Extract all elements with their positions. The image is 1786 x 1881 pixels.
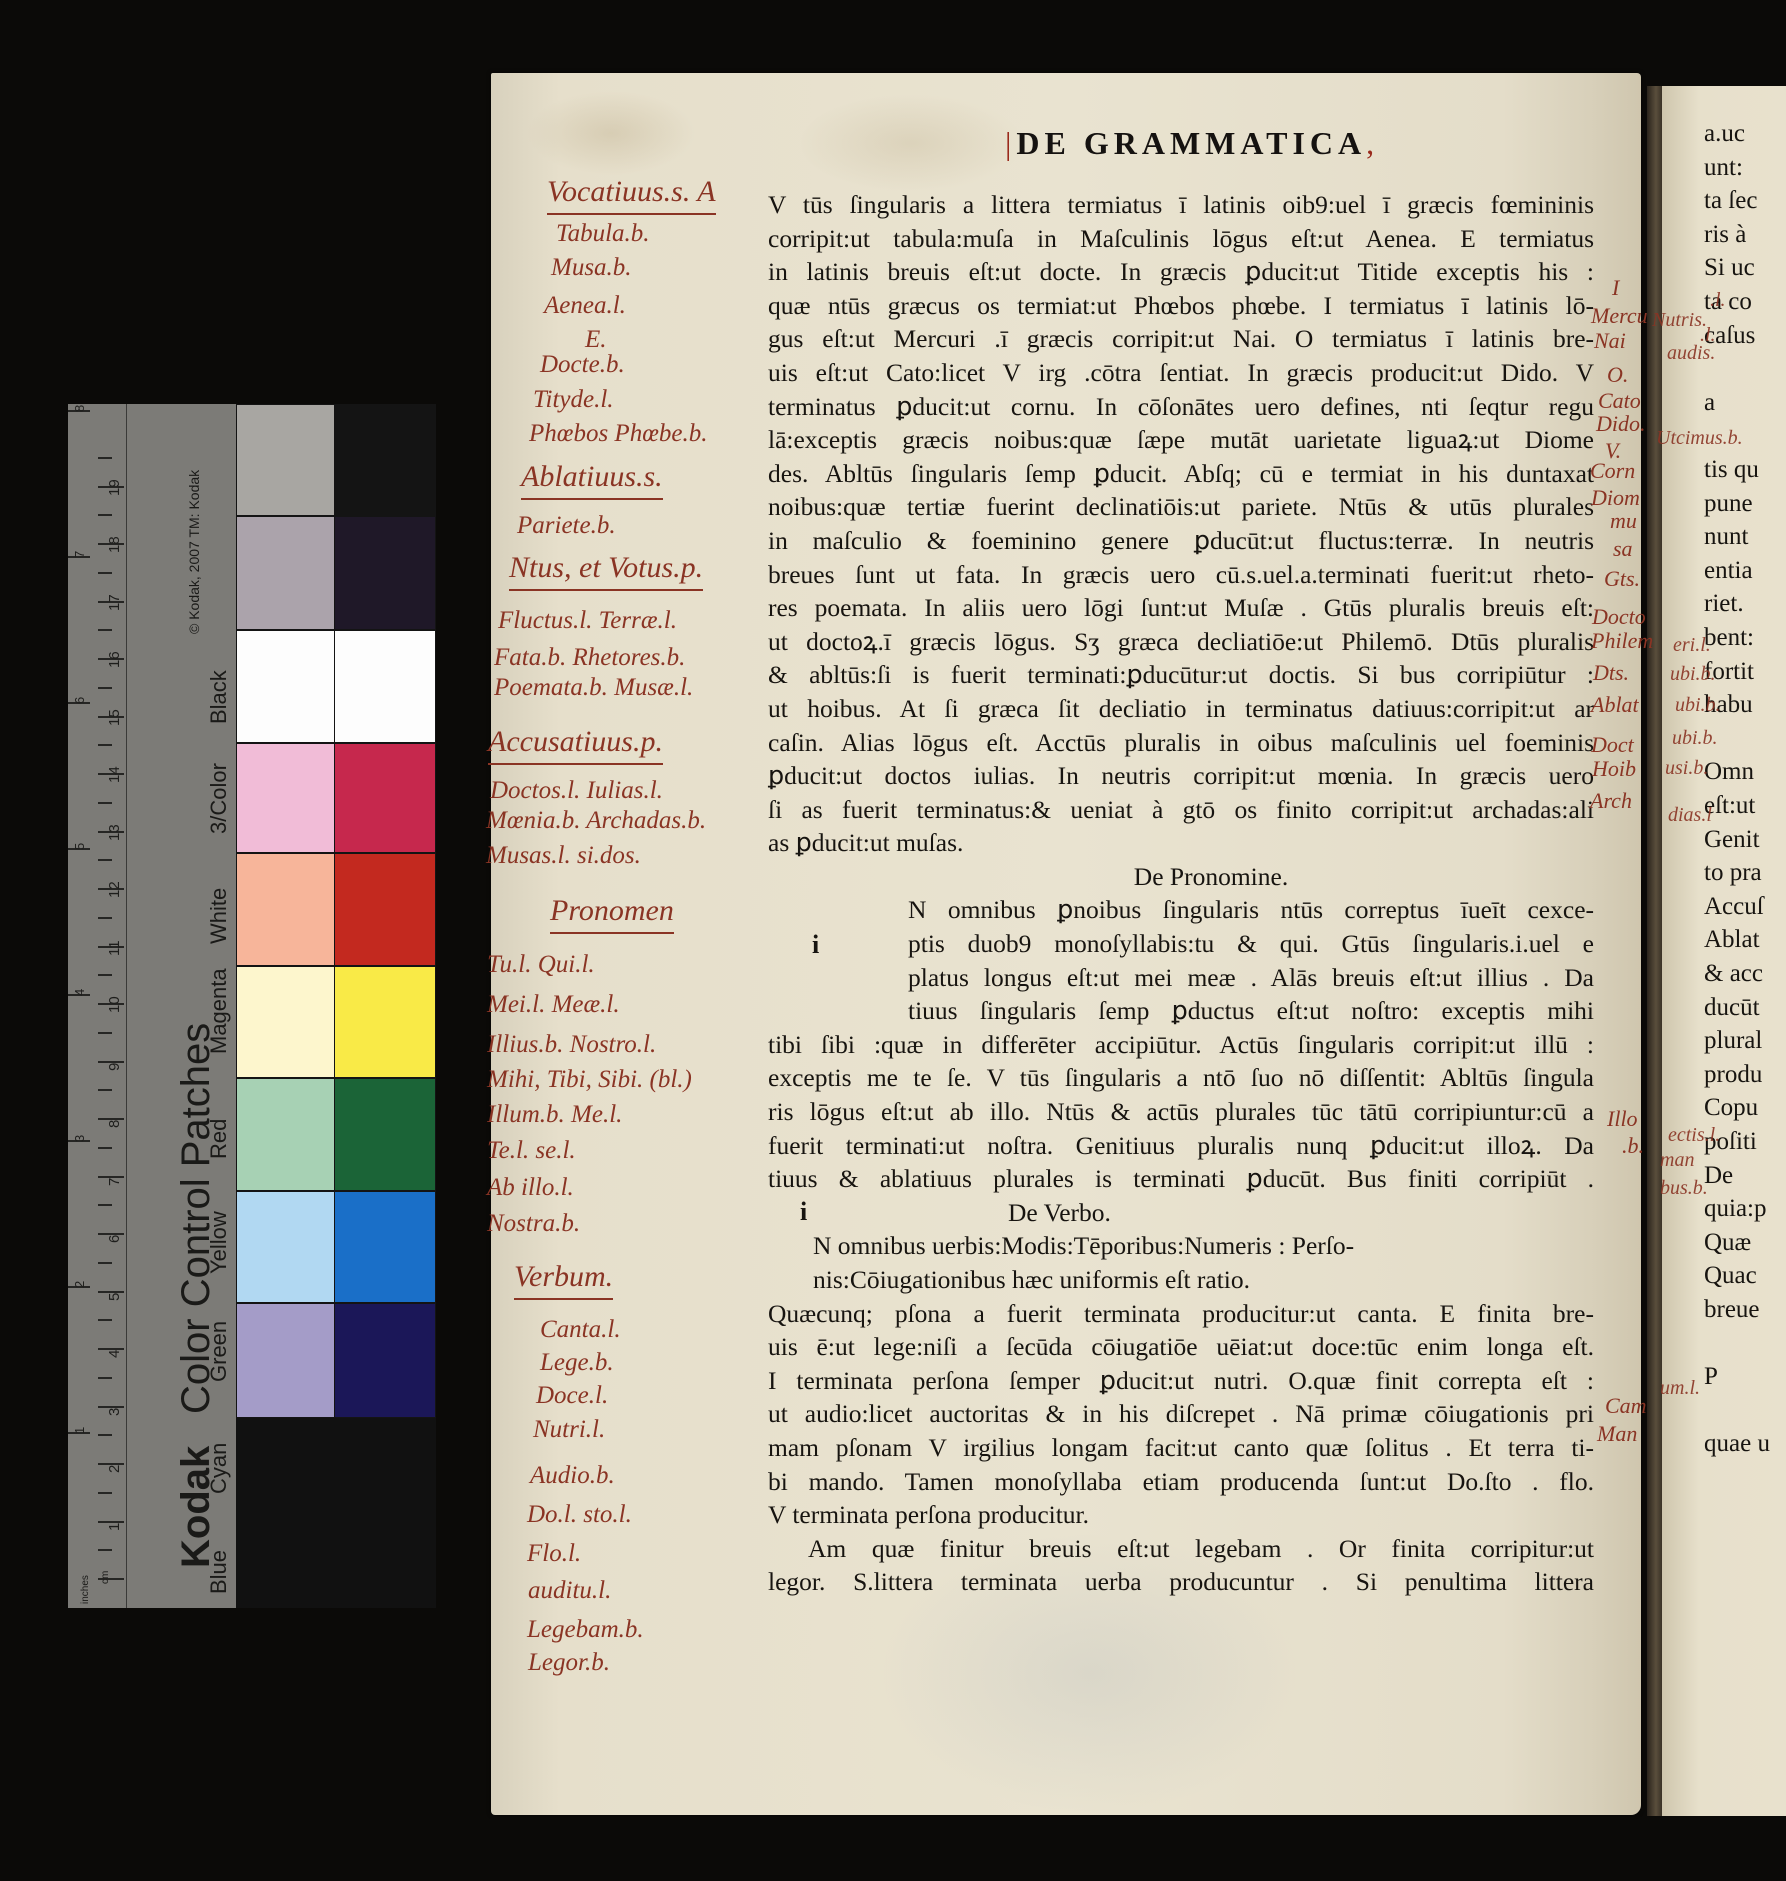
ruler-inch-label: 5 [72, 843, 87, 850]
marginal-note: Tityde.l. [533, 387, 614, 412]
kodak-copyright-label: © Kodak, 2007 TM: Kodak [186, 470, 202, 634]
marginal-note: Gts. [1604, 568, 1640, 590]
facing-text-line: Copu [1704, 1094, 1758, 1122]
marginal-note: Aenea.l. [544, 293, 626, 318]
ruler-tick [98, 1434, 112, 1436]
marginal-note: Te.l. se.l. [487, 1138, 576, 1163]
text-line: terminatus ꝑducit:ut cornu. In cōſonātes… [768, 390, 1594, 424]
margin-letter-i: i [812, 930, 819, 960]
patch-label: Magenta [206, 968, 232, 1054]
patch-label: Yellow [206, 1211, 232, 1274]
marginal-note: ectis.l. [1668, 1125, 1720, 1145]
section-heading-verbo: De Verbo. [768, 1196, 1594, 1230]
text-line: ris lōgus eſt:ut ab illo. Ntūs & actūs p… [768, 1095, 1594, 1129]
patch-label: White [206, 888, 232, 944]
marginal-note: Man [1597, 1423, 1637, 1445]
patch-label: Black [206, 670, 232, 724]
ruler-tick [98, 1319, 112, 1321]
marginal-note: Arch [1590, 790, 1632, 812]
patch-light-green [236, 1078, 336, 1191]
marginal-note: Doce.l. [536, 1383, 608, 1408]
patch-light-white [236, 630, 336, 743]
marginal-note: Mœnia.b. Archadas.b. [486, 808, 706, 833]
text-line: caſin. Alias lōgus eſt. Acctūs pluralis … [768, 726, 1594, 760]
marginal-note: Fluctus.l. Terræ.l. [498, 608, 677, 633]
text-line: Quæcunq; pſona a fuerit terminata produc… [768, 1297, 1594, 1331]
ruler-inch-label: 4 [72, 989, 87, 996]
text-line: & abltūs:ſi is fuerit terminati:ꝑducūtur… [768, 658, 1594, 692]
marginal-note: Cam [1605, 1395, 1647, 1417]
marginal-note: Illum.b. Me.l. [487, 1102, 622, 1127]
ruler: 1234567891011121314151617181912345678 [68, 404, 127, 1608]
text-line: mam pſonam V irgilius longam facit:ut ca… [768, 1431, 1594, 1465]
text-line: ut hoibus. At ſi græca ſit decliatio in … [768, 692, 1594, 726]
marginal-note: .l. [1710, 290, 1726, 310]
facing-text-line: Quac [1704, 1262, 1757, 1290]
text-line: V tūs ſingularis a littera termiatus ī l… [768, 188, 1594, 222]
ruler-tick [98, 1492, 112, 1494]
ruler-cm-label: 2 [106, 1465, 123, 1473]
patch-dark-yellow [334, 966, 436, 1078]
facing-text-line: to pra [1704, 859, 1762, 887]
ruler-inch-label: 2 [72, 1281, 87, 1288]
marginal-note: um.l. [1660, 1378, 1700, 1398]
color-patches [236, 404, 436, 1608]
text-line: as ꝑducit:ut muſas. [768, 826, 1594, 860]
rubric-mark: , [1366, 125, 1379, 161]
marginal-note: Nutris. [1652, 310, 1707, 330]
marginal-note: Ab illo.l. [487, 1175, 574, 1200]
text-line: noibus:quæ tertiæ fuerint declinatiōis:u… [768, 490, 1594, 524]
ruler-tick [98, 1032, 112, 1034]
ruler-tick [98, 802, 112, 804]
marginal-note: Illius.b. Nostro.l. [487, 1032, 656, 1057]
patch-light-magenta [236, 743, 336, 853]
patch-light-3color [236, 516, 336, 630]
patch-light-cyan [236, 1191, 336, 1303]
patch-dark-white [334, 630, 436, 743]
ruler-tick [98, 1377, 112, 1379]
ruler-cm-label: 1 [106, 1522, 123, 1530]
marginal-note: Lege.b. [540, 1350, 614, 1375]
marginal-note: Utcimus.b. [1656, 428, 1743, 448]
ruler-inch-label: 8 [72, 404, 87, 411]
ruler-tick [98, 629, 112, 631]
patch-dark-3color [334, 516, 436, 630]
marginal-note: I [1612, 277, 1619, 299]
facing-text-line: Quæ [1704, 1229, 1751, 1257]
marginal-note: Nostra.b. [487, 1211, 580, 1236]
kodak-color-target: 1234567891011121314151617181912345678 Ko… [68, 404, 436, 1608]
facing-text-line: breue [1704, 1296, 1760, 1324]
ruler-tick [98, 514, 112, 516]
text-line: ptis duob9 monoſyllabis:tu & qui. Gtūs ſ… [768, 927, 1594, 961]
marginal-note: Philem [1591, 630, 1653, 652]
marginal-note: Fata.b. Rhetores.b. [494, 645, 685, 670]
text-line: exceptis me te ſe. V tūs ſingularis a nt… [768, 1061, 1594, 1095]
main-text-block: V tūs ſingularis a littera termiatus ī l… [768, 188, 1594, 1599]
facing-text-line: Ablat [1704, 926, 1760, 954]
rubric-mark: | [1005, 125, 1016, 161]
ruler-inch-label: 6 [72, 696, 87, 703]
text-line: ꝑducit:ut doctos iulias. In neutris corr… [768, 759, 1594, 793]
text-line: V terminata perſona producitur. [768, 1498, 1594, 1532]
ruler-cm-label: 15 [106, 709, 123, 726]
marginal-note: Ablat [1591, 694, 1639, 716]
facing-text-line: nunt [1704, 523, 1748, 551]
patch-dark-magenta [334, 743, 436, 853]
marginal-note: Flo.l. [527, 1541, 581, 1566]
ruler-tick [98, 974, 112, 976]
marginal-note: Do.l. sto.l. [527, 1502, 632, 1527]
text-line: bi mando. Tamen monoſyllaba etiam produc… [768, 1465, 1594, 1499]
marginal-note: Mei.l. Meæ.l. [487, 992, 620, 1017]
facing-text-line: Genit [1704, 826, 1760, 854]
facing-text-line: De [1704, 1162, 1733, 1190]
marginal-note: mu [1610, 510, 1637, 532]
marginal-note: Musas.l. si.dos. [486, 843, 641, 868]
running-head-text: DE GRAMMATICA [1016, 125, 1366, 161]
text-line: I terminata perſona ſemper ꝑducit:ut nut… [768, 1364, 1594, 1398]
ruler-inch-label: 7 [72, 550, 87, 557]
text-line: breues ſunt ut fata. In græcis uero cū.s… [768, 558, 1594, 592]
text-line: tibi ſibi :quæ in differēter accipiūtur.… [768, 1028, 1594, 1062]
ruler-cm-label: 9 [106, 1062, 123, 1070]
facing-text-line: produ [1704, 1061, 1762, 1089]
ruler-cm-label: 6 [106, 1235, 123, 1243]
facing-text-line: Omn [1704, 758, 1754, 786]
text-line: platus longus eſt:ut mei meæ . Alās breu… [768, 961, 1594, 995]
facing-text-line: quae u [1704, 1430, 1770, 1458]
marginal-note: Doct [1591, 734, 1634, 756]
text-line: Am quæ finitur breuis eſt:ut legebam . O… [768, 1532, 1594, 1566]
ruler-cm-label: 13 [106, 824, 123, 841]
marginal-note: audis. [1667, 343, 1715, 363]
patch-dark-cyan [334, 1191, 436, 1303]
marginal-note: Illo [1607, 1108, 1638, 1130]
ruler-inches-label: inches [80, 1575, 91, 1604]
marginal-note: O. [1607, 364, 1628, 386]
marginal-heading: Verbum. [514, 1262, 613, 1300]
ruler-cm-label: cm [100, 1571, 111, 1584]
marginal-note: ubi.b. [1672, 728, 1718, 748]
text-line: ſi as fuerit terminatus:& ueniat à gtō o… [768, 793, 1594, 827]
marginal-note: Nai [1594, 330, 1626, 352]
marginal-heading: Accusatiuus.p. [488, 727, 663, 765]
facing-text-line: & acc [1704, 960, 1763, 988]
text-line: tiuus & ablatiuus plurales is terminati … [768, 1162, 1594, 1196]
marginal-note: Mihi, Tibi, Sibi. (bl.) [487, 1067, 692, 1092]
facing-text-line: a.uc [1704, 120, 1745, 148]
text-line: ut doctoꝝ.ī græcis lōgus. Sʒ græca decli… [768, 625, 1594, 659]
patch-light-black [236, 404, 336, 516]
marginal-heading: Ntus, et Votus.p. [509, 553, 703, 591]
ruler-tick [98, 1204, 112, 1206]
marginal-note: Doctos.l. Iulias.l. [490, 778, 663, 803]
marginal-note: Poemata.b. Musæ.l. [494, 675, 693, 700]
marginal-note: Docte.b. [540, 352, 625, 377]
patch-dark-blue [334, 1303, 436, 1418]
facing-text-line: plural [1704, 1027, 1762, 1055]
facing-text-line: Si uc [1704, 254, 1755, 282]
ruler-tick [98, 1147, 112, 1149]
marginal-note: ubi.b. [1670, 664, 1716, 684]
kodak-gray-strip: 1234567891011121314151617181912345678 Ko… [68, 404, 236, 1608]
marginal-heading: Ablatiuus.s. [521, 462, 663, 500]
ruler-tick [98, 457, 112, 459]
marginal-note: .l. [1700, 325, 1716, 345]
marginal-note: E. [585, 327, 607, 352]
marginal-note: Legor.b. [528, 1650, 610, 1675]
facing-text-line: a [1704, 389, 1715, 417]
facing-text-line: Accuſ [1704, 893, 1764, 921]
marginal-note: Hoib [1592, 758, 1636, 780]
marginal-note: Docto [1592, 606, 1646, 628]
patch-dark-black [334, 404, 436, 516]
facing-text-line: tis qu [1704, 456, 1759, 484]
marginal-heading: Pronomen [550, 896, 674, 934]
ruler-cm-label: 11 [106, 940, 123, 956]
facing-text-line: riet. [1704, 590, 1744, 618]
marginal-note: bus.b. [1660, 1178, 1708, 1198]
marginal-note: Dido. [1596, 413, 1646, 435]
ruler-tick [98, 917, 112, 919]
ruler-cm-label: 8 [106, 1120, 123, 1128]
text-line: fuerit terminati:ut noſtra. Genitiuus pl… [768, 1129, 1594, 1163]
marginal-note: Musa.b. [551, 255, 632, 280]
text-line: nis:Cōiugationibus hæc uniformis eſt rat… [768, 1263, 1594, 1297]
patch-dark-red [334, 853, 436, 966]
text-line: lā:exceptis græcis noibus:quæ ſæpe mutāt… [768, 423, 1594, 457]
ruler-cm-label: 5 [106, 1292, 123, 1300]
ruler-cm-label: 19 [106, 479, 123, 496]
ruler-cm-label: 4 [106, 1350, 123, 1358]
marginal-note: usi.b. [1665, 758, 1708, 778]
ruler-tick [98, 859, 112, 861]
ruler-tick [98, 1089, 112, 1091]
marginal-note: Legebam.b. [527, 1617, 644, 1642]
ruler-tick [98, 1262, 112, 1264]
text-line: res poemata. In aliis uero lōgi ſunt:ut … [768, 591, 1594, 625]
facing-text-line: entia [1704, 557, 1753, 585]
facing-text-line: pune [1704, 490, 1753, 518]
patch-light-red [236, 853, 336, 966]
patch-dark-green [334, 1078, 436, 1191]
marginal-note: Phœbos Phœbe.b. [529, 421, 707, 446]
ruler-inch-label: 1 [72, 1427, 87, 1434]
facing-text-line: unt: [1704, 154, 1743, 182]
marginal-note: sa [1613, 538, 1633, 560]
ruler-cm-label: 3 [106, 1407, 123, 1415]
text-line: des. Abltūs ſingularis ſemp ꝑducit. Abſq… [768, 457, 1594, 491]
text-line: tiuus ſingularis ſemp ꝑductus eſt:ut noſ… [768, 994, 1594, 1028]
text-line: in maſculio & foeminino genere ꝑducūt:ut… [768, 524, 1594, 558]
marginal-note: Pariete.b. [517, 513, 616, 538]
ruler-cm-label: 17 [106, 594, 123, 611]
text-line: uis eſt:ut Cato:licet V irg .cōtra ſenti… [768, 356, 1594, 390]
ruler-inch-label: 3 [72, 1135, 87, 1142]
text-line: ut audio:licet auctoritas & in his diſcr… [768, 1397, 1594, 1431]
patch-label: Red [206, 1119, 232, 1159]
text-line: corripit:ut tabula:muſa in Maſculinis lō… [768, 222, 1594, 256]
marginal-note: .b. [1622, 1135, 1644, 1157]
marginal-note: Mercu [1591, 305, 1648, 327]
section-heading-pronomen: De Pronomine. [768, 860, 1594, 894]
text-line: uis ē:ut lege:niſi a ſecūda cōiugatiōe u… [768, 1330, 1594, 1364]
patch-light-blue [236, 1303, 336, 1418]
ruler-tick [98, 687, 112, 689]
marginal-note: dias.l [1668, 805, 1712, 825]
patch-light-yellow [236, 966, 336, 1078]
margin-letter-i: i [800, 1197, 807, 1227]
facing-text-line: ris à [1704, 221, 1746, 249]
patch-label: Blue [206, 1550, 232, 1594]
marginal-note: eri.l. [1673, 635, 1711, 655]
marginal-note: Canta.l. [540, 1317, 621, 1342]
patch-label: Green [206, 1321, 232, 1382]
marginal-note: Diom [1591, 487, 1640, 509]
marginal-note: Dts. [1593, 662, 1629, 684]
marginal-note: Cato [1598, 390, 1641, 412]
patch-label: 3/Color [206, 763, 232, 834]
ruler-cm-label: 14 [106, 766, 123, 783]
marginal-heading: Vocatiuus.s. A [547, 177, 716, 215]
facing-text-line: bent: [1704, 624, 1754, 652]
marginal-note: auditu.l. [528, 1578, 611, 1603]
ruler-cm-label: 10 [106, 996, 123, 1013]
facing-text-line: ducūt [1704, 994, 1760, 1022]
marginal-note: Tabula.b. [556, 221, 650, 246]
marginal-note: man [1660, 1150, 1694, 1170]
ruler-cm-label: 16 [106, 651, 123, 668]
ruler-tick [98, 1549, 112, 1551]
marginal-note: ubi.b. [1675, 695, 1721, 715]
ruler-cm-label: 18 [106, 536, 123, 553]
text-line: in latinis breuis eſt:ut docte. In græci… [768, 255, 1594, 289]
running-head: |DE GRAMMATICA, [1005, 125, 1379, 162]
marginal-note: Corn [1590, 460, 1635, 482]
marginal-note: Nutri.l. [533, 1417, 605, 1442]
marginal-note: Audio.b. [530, 1463, 615, 1488]
facing-text-line: quia:p [1704, 1195, 1767, 1223]
text-line: N omnibus ꝑnoibus ſingularis ntūs correp… [768, 893, 1594, 927]
facing-text-line: P [1704, 1363, 1718, 1391]
marginal-note: Tu.l. Qui.l. [487, 952, 595, 977]
patch-label: Cyan [206, 1443, 232, 1494]
ruler-cm-label: 12 [106, 881, 123, 898]
ruler-tick [98, 572, 112, 574]
text-line: legor. S.littera terminata uerba producu… [768, 1565, 1594, 1599]
ruler-tick [98, 744, 112, 746]
text-line: N omnibus uerbis:Modis:Tēporibus:Numeris… [768, 1229, 1594, 1263]
text-line: gus eſt:ut Mercuri .ī græcis corripit:ut… [768, 322, 1594, 356]
facing-text-line: ta ſec [1704, 187, 1757, 215]
text-line: quæ ntūs græcus os termiat:ut Phœbos phœ… [768, 289, 1594, 323]
ruler-cm-label: 7 [106, 1177, 123, 1185]
